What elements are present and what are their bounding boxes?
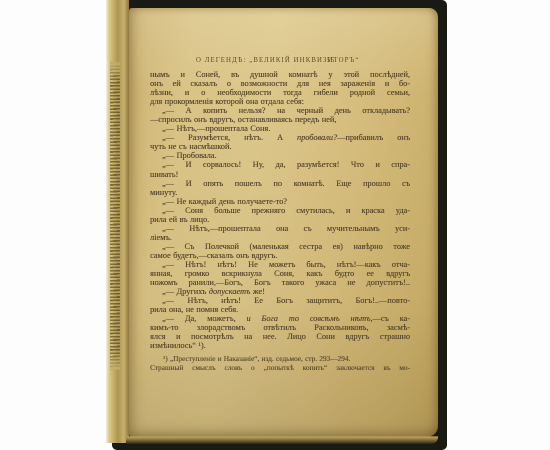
body-text-line: рила ей въ лицо. — [150, 215, 410, 224]
body-text-line: самое будетъ,—сказалъ онъ вдругъ. — [150, 251, 410, 260]
body-text-line: для прокормленія которой она отдала себя… — [150, 97, 410, 106]
body-text-line: „— Разумѣется, нѣтъ. А пробовали?—прибав… — [150, 133, 410, 142]
body-text-line: измѣнилось“ ¹). — [150, 341, 410, 350]
body-text-line: нымъ и Соней, въ душной комнатѣ у этой п… — [150, 70, 410, 79]
body-text-line: „— Да, можетъ, и Бога то совсѣмъ нѣтъ,—с… — [150, 314, 410, 323]
body-text-line: „— Нѣтъ,—прошептала она съ мучительнымъ … — [150, 224, 410, 233]
body-text-line: ліемъ. — [150, 233, 410, 242]
page-bottom-edge — [126, 436, 438, 444]
body-text-line: янная, громко вскрикнула Соня, какъ будт… — [150, 269, 410, 278]
body-text-line: ялся и посмотрѣлъ на нее. Лицо Сони вдру… — [150, 332, 410, 341]
body-text-line: чуть не съ насмѣшкой. — [150, 142, 410, 151]
body-text-line: „— Нѣтъ,—прошептала Соня. — [150, 124, 410, 133]
page-number: 55 — [327, 57, 335, 64]
body-text-line: ножомъ ранили,—Богъ, Богъ такого ужаса н… — [150, 278, 410, 287]
running-header-title: О ЛЕГЕНДѢ: „ВЕЛИКІЙ ИНКВИЗИТОРЪ“ — [196, 57, 360, 64]
book-page: О ЛЕГЕНДѢ: „ВЕЛИКІЙ ИНКВИЗИТОРЪ“ 55 нымъ… — [129, 8, 438, 437]
text-column: нымъ и Соней, въ душной комнатѣ у этой п… — [150, 70, 410, 373]
body-text-line: „— И опять пошелъ по комнатѣ. Еще прошло… — [150, 179, 410, 188]
footnote-line: Страшный смыслъ словъ о „попыткѣ копить“… — [150, 364, 410, 373]
body-text-line: „— А копить нельзя? на черный день откла… — [150, 106, 410, 115]
body-text-line: „— Соня больше прежняго смутилась, и кра… — [150, 206, 410, 215]
body-text-line: „— Не каждый день получаете-то? — [150, 197, 410, 206]
body-text-line: —спросилъ онъ вдругъ, останавливаясь пер… — [150, 115, 410, 124]
facing-page-edge-strip — [106, 0, 129, 443]
body-text-line: „— И сорвалось! Ну, да, разумѣется! Что … — [150, 160, 410, 169]
running-header: О ЛЕГЕНДѢ: „ВЕЛИКІЙ ИНКВИЗИТОРЪ“ 55 — [150, 57, 410, 67]
body-text-line: „— Пробовала. — [150, 151, 410, 160]
photo-background: О ЛЕГЕНДѢ: „ВЕЛИКІЙ ИНКВИЗИТОРЪ“ 55 нымъ… — [0, 0, 550, 450]
footnote: ¹) „Преступленіе и Наказаніе“, изд. седь… — [150, 355, 410, 372]
body-text-line: „— Нѣтъ, нѣтъ! Ее Богъ защититъ, Богъ!..… — [150, 296, 410, 305]
body-text-line: кимъ-то злорадствомъ отвѣтилъ Раскольник… — [150, 323, 410, 332]
body-text-line: шивать! — [150, 170, 410, 179]
body-text-line: „— Нѣтъ! нѣтъ! Не можетъ быть, нѣтъ!—как… — [150, 260, 410, 269]
facing-page-text-edge — [110, 62, 120, 370]
body-text-line: лѣзни, и о необходимости тогда гибели ро… — [150, 88, 410, 97]
body-text-line: „— Съ Полечкой (маленькая сестра ея) нав… — [150, 242, 410, 251]
body-text-line: онъ ей сказалъ о возможности для нея зар… — [150, 79, 410, 88]
body-text-line: „— Другихъ допускаетъ же! — [150, 287, 410, 296]
body-text-line: рила она, не помня себя. — [150, 305, 410, 314]
page-body-text: нымъ и Соней, въ душной комнатѣ у этой п… — [150, 70, 410, 350]
body-text-line: минуту. — [150, 188, 410, 197]
